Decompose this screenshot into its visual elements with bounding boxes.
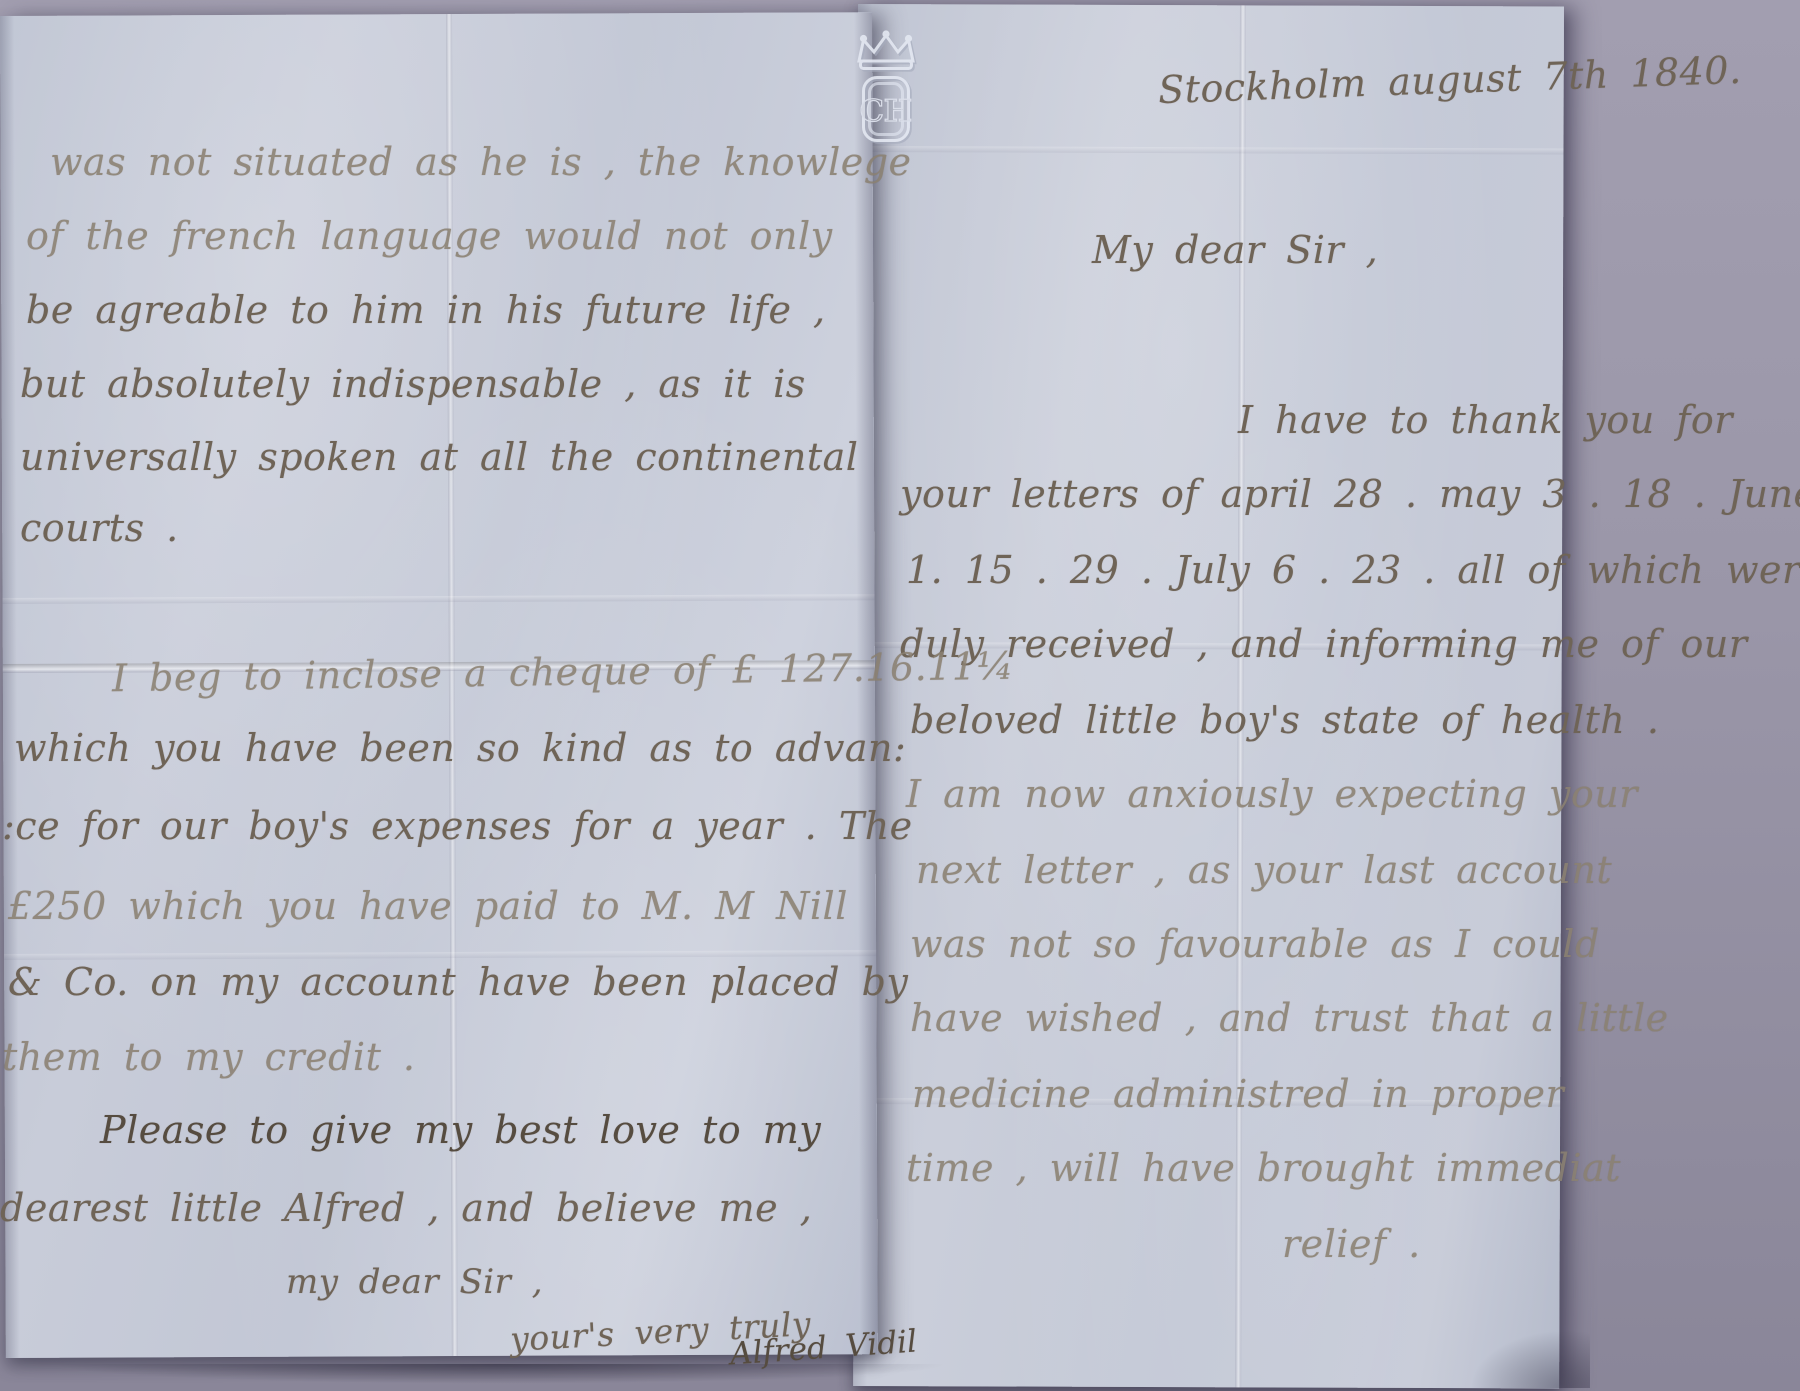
salutation: My dear Sir ,: [1092, 228, 1378, 272]
handwritten-line: 1. 15 . 29 . July 6 . 23 . all of which …: [906, 548, 1800, 592]
handwritten-line: & Co. on my account have been placed by: [8, 960, 908, 1004]
handwritten-line: time , will have brought immediat: [906, 1146, 1621, 1190]
handwritten-line: was not situated as he is , the knowlege: [50, 140, 912, 184]
handwritten-line: courts .: [20, 506, 179, 550]
handwritten-line: :ce for our boy's expenses for a year . …: [2, 804, 913, 848]
handwritten-line: Please to give my best love to my: [100, 1108, 821, 1152]
handwritten-line: £250 which you have paid to M. M Nill: [8, 884, 848, 928]
valediction-address: my dear Sir ,: [286, 1262, 543, 1302]
handwritten-line: of the french language would not only: [26, 214, 833, 258]
handwritten-line: duly received , and informing me of our: [900, 622, 1748, 666]
handwritten-line: your letters of april 28 . may 3 . 18 . …: [900, 472, 1800, 516]
handwritten-line: relief .: [1282, 1222, 1421, 1266]
handwritten-line: dearest little Alfred , and believe me ,: [0, 1186, 812, 1230]
handwritten-line: was not so favourable as I could: [910, 922, 1600, 966]
handwritten-line: medicine administred in proper: [912, 1072, 1564, 1116]
handwritten-line: universally spoken at all the continenta…: [20, 435, 858, 479]
handwritten-line: but absolutely indispensable , as it is: [20, 362, 806, 406]
date-line: Stockholm august 7th 1840.: [1157, 48, 1742, 112]
handwritten-line: I have to thank you for: [1238, 398, 1733, 442]
handwritten-line: have wished , and trust that a little: [910, 996, 1669, 1040]
handwritten-line: which you have been so kind as to advan:: [14, 726, 906, 770]
handwritten-line: beloved little boy's state of health .: [910, 698, 1659, 742]
handwritten-line: be agreable to him in his future life ,: [26, 288, 826, 332]
handwritten-line: I beg to inclose a cheque of £ 127.16.11…: [112, 644, 1014, 701]
ink-layer: Stockholm august 7th 1840.My dear Sir ,I…: [0, 0, 1800, 1391]
handwritten-line: them to my credit .: [2, 1035, 416, 1079]
letter-scan: CH Stockholm august 7th 1840.My dear Sir…: [0, 0, 1800, 1391]
handwritten-line: next letter , as your last account: [916, 848, 1612, 892]
embossed-crown-seal: CH: [838, 28, 934, 154]
seal-monogram: CH: [860, 94, 912, 129]
crown-shield-emboss-icon: CH: [838, 28, 934, 154]
handwritten-line: I am now anxiously expecting your: [906, 772, 1638, 816]
